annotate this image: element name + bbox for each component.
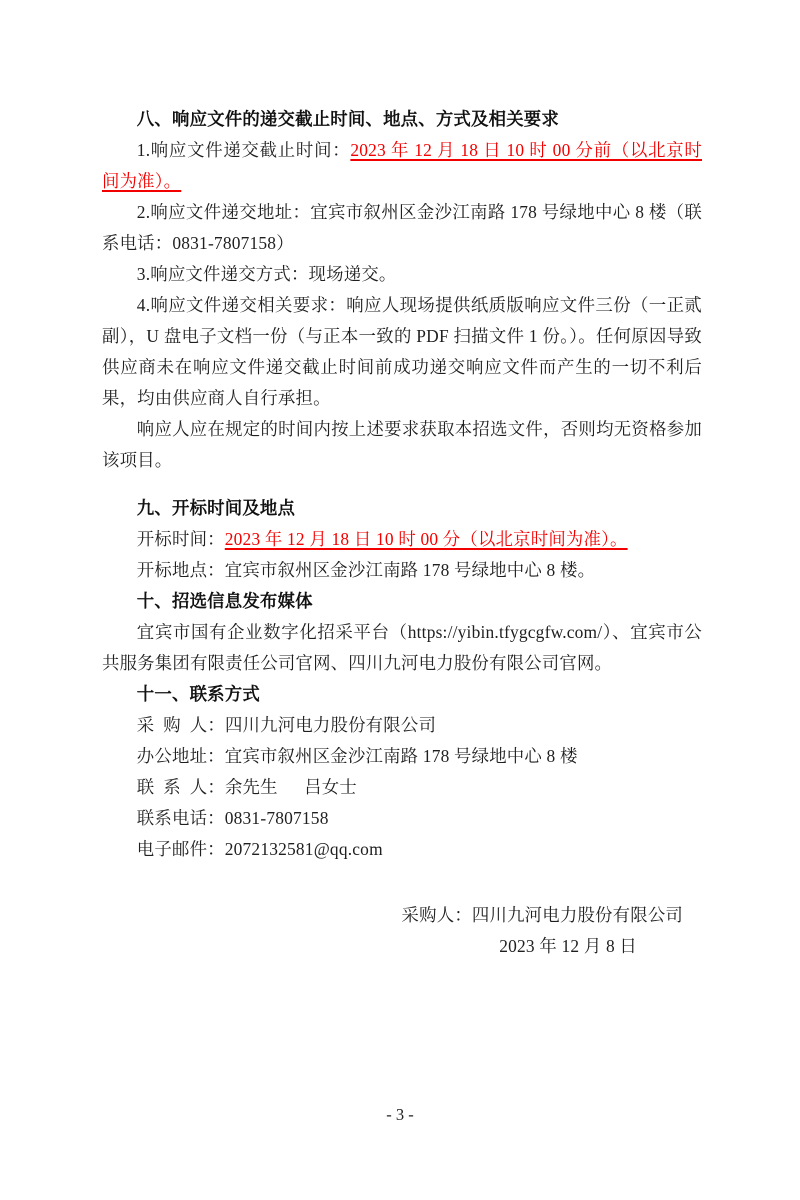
contact-phone-line: 联系电话：0831-7807158 (102, 803, 702, 834)
section-10-heading: 十、招选信息发布媒体 (102, 586, 702, 617)
document-content: 八、响应文件的递交截止时间、地点、方式及相关要求 1.响应文件递交截止时间：20… (102, 104, 702, 962)
signature-date: 2023 年 12 月 8 日 (102, 931, 637, 962)
bid-opening-place: 开标地点：宜宾市叙州区金沙江南路 178 号绿地中心 8 楼。 (102, 555, 702, 586)
contact-purchaser-line: 采 购 人：四川九河电力股份有限公司 (102, 710, 702, 741)
submission-deadline-item: 1.响应文件递交截止时间：2023 年 12 月 18 日 10 时 00 分前… (102, 135, 702, 197)
publication-media: 宜宾市国有企业数字化招采平台（https://yibin.tfygcgfw.co… (102, 617, 702, 679)
section-8-heading: 八、响应文件的递交截止时间、地点、方式及相关要求 (102, 104, 702, 135)
contact-email-line: 电子邮件：2072132581@qq.com (102, 834, 702, 865)
submission-address-item: 2.响应文件递交地址：宜宾市叙州区金沙江南路 178 号绿地中心 8 楼（联系电… (102, 197, 702, 259)
submission-requirements-item: 4.响应文件递交相关要求：响应人现场提供纸质版响应文件三份（一正贰副），U 盘电… (102, 290, 702, 414)
contact-persons-line: 联 系 人：余先生 吕女士 (102, 772, 702, 803)
signature-purchaser: 采购人：四川九河电力股份有限公司 (102, 900, 683, 931)
section-11-heading: 十一、联系方式 (102, 679, 702, 710)
section-9-heading: 九、开标时间及地点 (102, 493, 702, 524)
submission-method-item: 3.响应文件递交方式：现场递交。 (102, 259, 702, 290)
page-number: - 3 - (0, 1104, 800, 1126)
bid-opening-time: 开标时间：2023 年 12 月 18 日 10 时 00 分（以北京时间为准）… (102, 524, 702, 555)
bid-opening-time-value: 2023 年 12 月 18 日 10 时 00 分（以北京时间为准）。 (225, 529, 628, 549)
document-page: 八、响应文件的递交截止时间、地点、方式及相关要求 1.响应文件递交截止时间：20… (0, 0, 800, 1200)
submission-deadline-label: 1.响应文件递交截止时间： (137, 140, 351, 160)
signature-block: 采购人：四川九河电力股份有限公司 2023 年 12 月 8 日 (102, 900, 702, 962)
contact-office-address-line: 办公地址：宜宾市叙州区金沙江南路 178 号绿地中心 8 楼 (102, 741, 702, 772)
submission-note: 响应人应在规定的时间内按上述要求获取本招选文件，否则均无资格参加该项目。 (102, 414, 702, 476)
bid-opening-time-label: 开标时间： (137, 529, 225, 549)
